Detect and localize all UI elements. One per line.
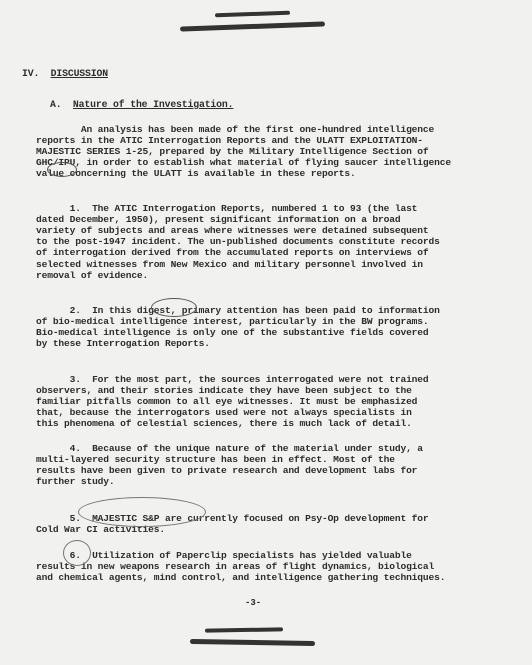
document-page: IV. DISCUSSION A. Nature of the Investig… xyxy=(0,0,532,665)
page-number: -3- xyxy=(245,598,261,608)
paragraph-1-line: variety of subjects and areas where witn… xyxy=(36,225,429,236)
handwritten-circle-item5 xyxy=(78,497,206,527)
paragraph-4-line: results have been given to private resea… xyxy=(36,465,417,476)
paragraph-4-line: multi-layered security structure has bee… xyxy=(36,454,395,465)
paragraph-1-line: dated December, 1950), present significa… xyxy=(36,214,400,225)
intro-paragraph-line: MAJESTIC SERIES 1-25, prepared by the Mi… xyxy=(36,146,429,157)
paragraph-1-line: to the post-1947 incident. The un-publis… xyxy=(36,236,440,247)
bottom-redaction-lower xyxy=(190,639,315,646)
paragraph-6-line: 6. Utilization of Paperclip specialists … xyxy=(36,550,412,561)
paragraph-4-line: further study. xyxy=(36,476,115,487)
paragraph-1-line: of interrogation derived from the accumu… xyxy=(36,247,429,258)
intro-paragraph-line: reports in the ATIC Interrogation Report… xyxy=(36,135,423,146)
paragraph-2-line: 2. In this digest, primary attention has… xyxy=(36,305,440,316)
paragraph-4-line: 4. Because of the unique nature of the m… xyxy=(36,443,423,454)
top-redaction-upper xyxy=(215,11,290,18)
paragraph-1-line: 1. The ATIC Interrogation Reports, numbe… xyxy=(36,203,417,214)
paragraph-2-line: Bio-medical intelligence is only one of … xyxy=(36,327,429,338)
section-title: DISCUSSION xyxy=(51,68,108,79)
paragraph-3-line: familiar pitfalls common to all eye witn… xyxy=(36,396,417,407)
paragraph-2-line: by these Interrogation Reports. xyxy=(36,338,210,349)
paragraph-2-line: of bio-medical intelligence interest, pa… xyxy=(36,316,429,327)
handwritten-circle-ipu xyxy=(47,162,77,177)
paragraph-3-line: this phenomena of celestial sciences, th… xyxy=(36,418,412,429)
paragraph-3-line: that, because the interrogators used wer… xyxy=(36,407,412,418)
paragraph-6-line: results in new weapons research in areas… xyxy=(36,561,434,572)
paragraph-1-line: removal of evidence. xyxy=(36,270,148,281)
intro-paragraph-line: GHC/IPU, in order to establish what mate… xyxy=(36,157,451,168)
bottom-redaction-upper xyxy=(205,627,283,632)
paragraph-1-line: selected witnesses from New Mexico and m… xyxy=(36,259,423,270)
paragraph-6-line: and chemical agents, mind control, and i… xyxy=(36,572,445,583)
paragraph-3-line: observers, and their stories indicate th… xyxy=(36,385,412,396)
intro-paragraph-line: value concerning the ULATT is available … xyxy=(36,168,356,179)
top-redaction-lower xyxy=(180,21,325,31)
subsection-title: Nature of the Investigation. xyxy=(73,99,233,110)
paragraph-3-line: 3. For the most part, the sources interr… xyxy=(36,374,429,385)
handwritten-circle-digest xyxy=(151,298,197,317)
handwritten-circle-item6 xyxy=(63,540,91,566)
intro-paragraph-line: An analysis has been made of the first o… xyxy=(36,124,434,135)
section-heading: IV. DISCUSSION xyxy=(22,68,108,79)
subsection-heading: A. Nature of the Investigation. xyxy=(50,99,233,110)
